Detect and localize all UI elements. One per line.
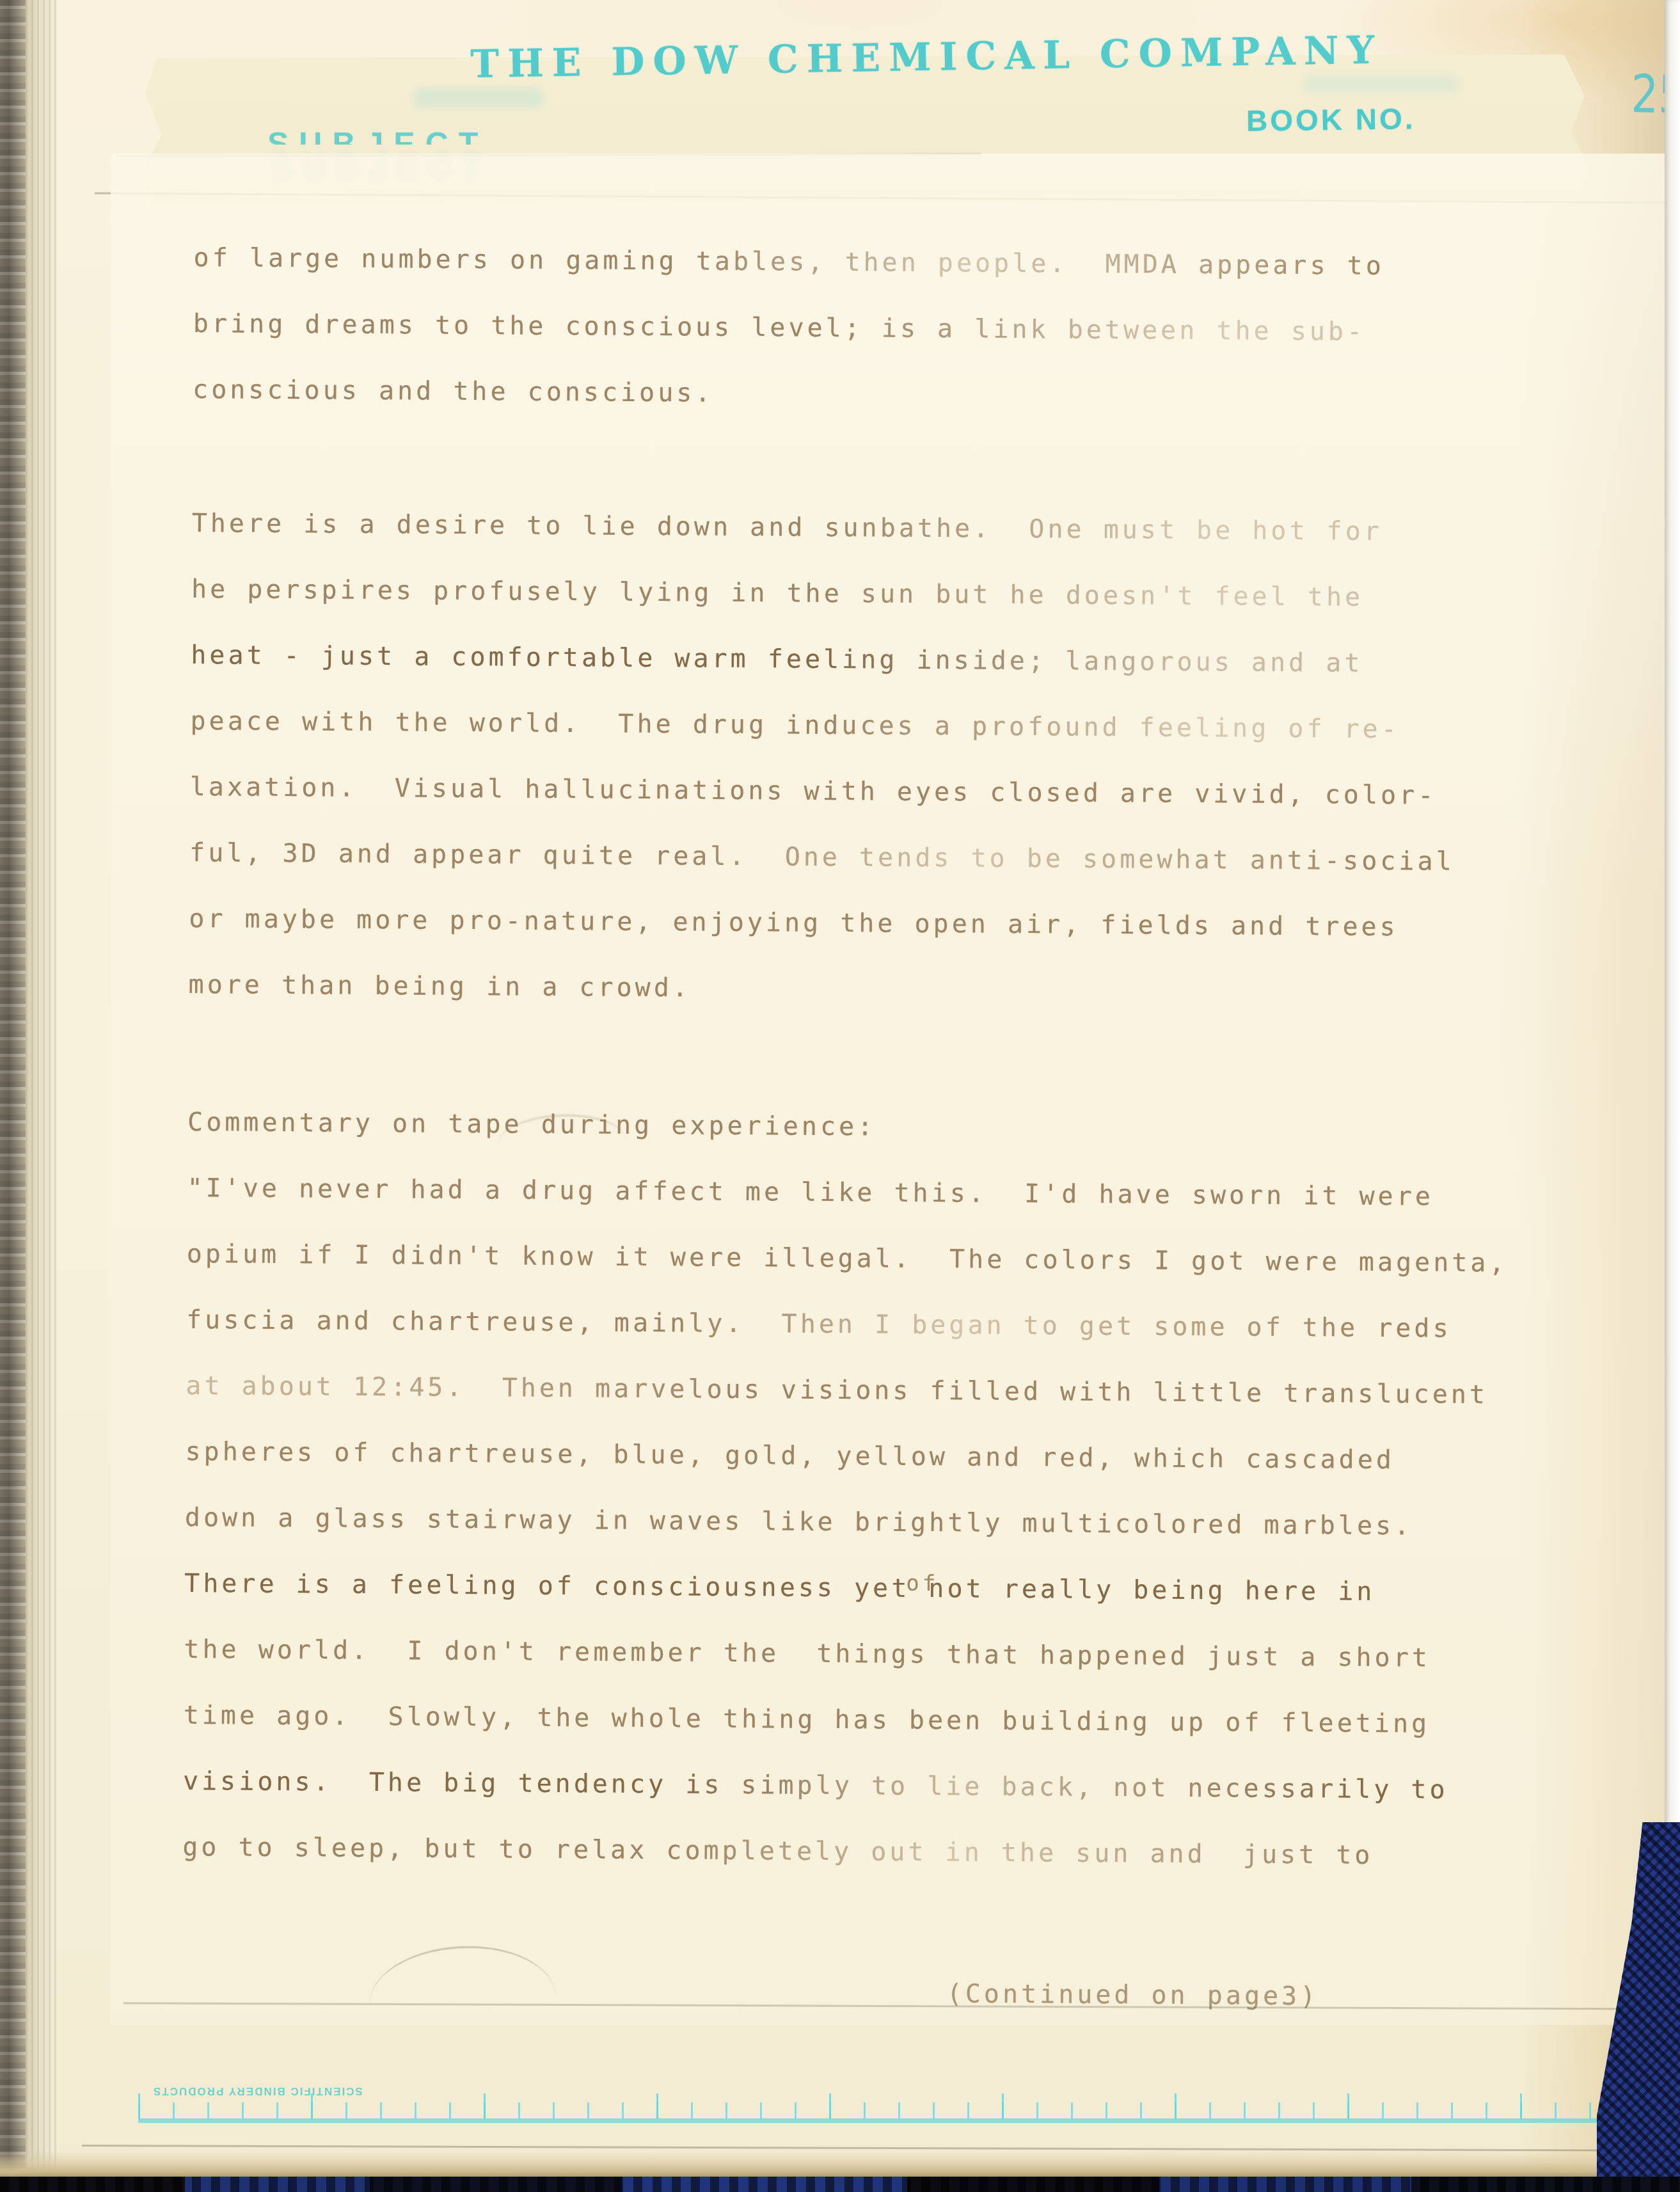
typed-line-post: not really being here in	[910, 1574, 1375, 1607]
typed-line: opium if I didn't know it were illegal. …	[186, 1221, 1594, 1297]
typed-text-block: of large numbers on gaming tables, then …	[181, 225, 1601, 2031]
right-page-sliver	[1665, 0, 1680, 1894]
ink-bleed-ghost	[415, 88, 543, 107]
ink-bleed-ghost	[1304, 75, 1457, 92]
typed-line: laxation. Visual hallucinations with eye…	[190, 754, 1598, 830]
typed-line: of large numbers on gaming tables, then …	[193, 225, 1601, 301]
typed-line: peace with the world. The drug induces a…	[190, 688, 1598, 764]
typed-line: go to sleep, but to relax completely out…	[182, 1815, 1590, 1890]
typed-line: down a glass stairway in waves like brig…	[185, 1485, 1593, 1561]
typed-line: the world. I don't remember the things t…	[184, 1617, 1592, 1692]
typed-line: time ago. Slowly, the whole thing has be…	[183, 1683, 1591, 1758]
page-edge-stack	[26, 0, 57, 2192]
typed-line: There is a desire to lie down and sunbat…	[191, 491, 1599, 566]
typed-line: visions. The big tendency is simply to l…	[183, 1749, 1591, 1824]
typed-line: ful, 3D and appear quite real. One tends…	[189, 820, 1597, 896]
scanned-notebook-page: { "header": { "company": "THE DOW CHEMIC…	[0, 0, 1680, 2192]
typed-line: bring dreams to the conscious level; is …	[193, 291, 1601, 367]
typed-line-pre: There is a feeling of consciousness yet	[184, 1569, 910, 1603]
printed-ruler	[138, 2093, 1643, 2123]
book-cover-bottom	[0, 2177, 1680, 2192]
ruler-ticks-tall	[138, 2093, 1643, 2119]
paragraph-sunbathe: There is a desire to lie down and sunbat…	[188, 491, 1599, 1028]
typed-line: or maybe more pro-nature, enjoying the o…	[189, 886, 1597, 962]
continued-note: (Continued on page3)	[946, 1961, 1589, 2031]
book-binding-edge	[0, 0, 26, 2192]
typed-line: conscious and the conscious.	[193, 357, 1601, 433]
page-scan: THE DOW CHEMICAL COMPANY BOOK NO. SUBJEC…	[0, 0, 1680, 2192]
typed-line-with-insertion: There is a feeling of consciousness yeto…	[184, 1551, 1592, 1626]
paragraph-mmda: of large numbers on gaming tables, then …	[193, 225, 1601, 433]
commentary-section: Commentary on tape during experience: "I…	[182, 1090, 1596, 1890]
typed-line: he perspires profusely lying in the sun …	[191, 557, 1599, 632]
subject-label: SUBJECT	[267, 125, 536, 145]
typed-line: spheres of chartreuse, blue, gold, yello…	[185, 1419, 1593, 1495]
page-bottom-edge	[0, 2151, 1654, 2178]
typed-line: heat - just a comfortable warm feeling i…	[191, 623, 1599, 698]
typed-line: at about 12:45. Then marvelous visions f…	[186, 1353, 1594, 1429]
typed-line: fuscia and chartreuse, mainly. Then I be…	[186, 1287, 1594, 1363]
notebook-sheet: THE DOW CHEMICAL COMPANY BOOK NO. SUBJEC…	[56, 0, 1665, 2178]
book-no-label: BOOK NO.	[1246, 101, 1416, 138]
typed-line: more than being in a crowd.	[188, 952, 1596, 1028]
typed-line: "I've never had a drug affect me like th…	[187, 1156, 1595, 1231]
ruler-baseline	[138, 2118, 1643, 2123]
commentary-heading: Commentary on tape during experience:	[187, 1090, 1596, 1165]
